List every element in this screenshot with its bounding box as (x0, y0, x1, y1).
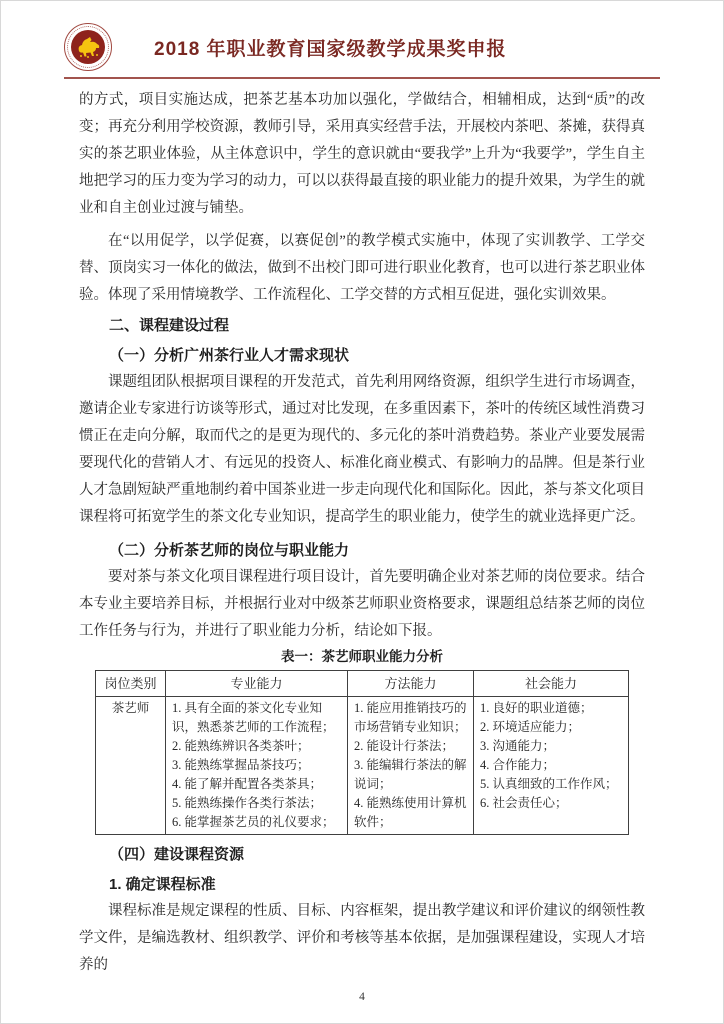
list-item: 3. 能熟练掌握品茶技巧； (172, 756, 341, 775)
list-item: 6. 能掌握茶艺员的礼仪要求； (172, 813, 341, 832)
list-item: 3. 能编辑行茶法的解说词； (354, 756, 467, 794)
ability-analysis-table: 岗位类别 专业能力 方法能力 社会能力 茶艺师 1. 具有全面的茶文化专业知识，… (95, 670, 629, 835)
page-number: 4 (1, 991, 723, 1003)
table-header-row: 岗位类别 专业能力 方法能力 社会能力 (96, 671, 629, 697)
document-title: 2018 年职业教育国家级教学成果奖申报 (154, 34, 507, 61)
page-header: 2018 年职业教育国家级教学成果奖申报 (64, 21, 660, 73)
heading-section-2: 二、课程建设过程 (79, 312, 645, 339)
col-header-professional: 专业能力 (166, 671, 348, 697)
list-item: 6. 社会责任心； (480, 794, 622, 813)
paragraph-post-ability: 要对茶与茶文化项目课程进行项目设计，首先要明确企业对茶艺师的岗位要求。结合本专业… (79, 564, 645, 645)
list-item: 1. 良好的职业道德； (480, 699, 622, 718)
seal-disc (71, 30, 105, 64)
list-item: 3. 沟通能力； (480, 737, 622, 756)
list-item: 2. 能设计行茶法； (354, 737, 467, 756)
paragraph-market-analysis: 课题组团队根据项目课程的开发范式，首先利用网络资源，组织学生进行市场调查，邀请企… (79, 369, 645, 531)
list-item: 2. 环境适应能力； (480, 718, 622, 737)
paragraph-continued: 的方式，项目实施达成，把茶艺基本功加以强化，学做结合，相辅相成，达到“质”的改变… (79, 87, 645, 222)
paragraph-teaching-mode: 在“以用促学，以学促赛，以赛促创”的教学模式实施中，体现了实训教学、工学交替、顶… (79, 228, 645, 309)
heading-sub-1: 1. 确定课程标准 (79, 871, 645, 898)
horse-icon (75, 36, 101, 58)
table-caption: 表一：茶艺师职业能力分析 (79, 645, 645, 669)
heading-2-1: （一）分析广州茶行业人才需求现状 (79, 342, 645, 369)
paragraph-course-standard: 课程标准是规定课程的性质、目标、内容框架，提出教学建议和评价建议的纲领性教学文件… (79, 898, 645, 979)
cell-method-abilities: 1. 能应用推销技巧的市场营销专业知识； 2. 能设计行茶法； 3. 能编辑行茶… (348, 697, 474, 835)
table-row: 茶艺师 1. 具有全面的茶文化专业知识，熟悉茶艺师的工作流程； 2. 能熟练辨识… (96, 697, 629, 835)
document-page: 2018 年职业教育国家级教学成果奖申报 的方式，项目实施达成，把茶艺基本功加以… (0, 0, 724, 1024)
col-header-method: 方法能力 (348, 671, 474, 697)
cell-professional-abilities: 1. 具有全面的茶文化专业知识，熟悉茶艺师的工作流程； 2. 能熟练辨识各类茶叶… (166, 697, 348, 835)
cell-social-abilities: 1. 良好的职业道德； 2. 环境适应能力； 3. 沟通能力； 4. 合作能力；… (474, 697, 629, 835)
col-header-social: 社会能力 (474, 671, 629, 697)
list-item: 2. 能熟练辨识各类茶叶； (172, 737, 341, 756)
col-header-post-type: 岗位类别 (96, 671, 166, 697)
list-item: 4. 能熟练使用计算机软件； (354, 794, 467, 832)
list-item: 1. 能应用推销技巧的市场营销专业知识； (354, 699, 467, 737)
list-item: 4. 合作能力； (480, 756, 622, 775)
list-item: 5. 能熟练操作各类行茶法； (172, 794, 341, 813)
list-item: 4. 能了解并配置各类茶具； (172, 775, 341, 794)
heading-2-4: （四）建设课程资源 (79, 841, 645, 868)
school-seal-logo (64, 23, 112, 71)
heading-2-2: （二）分析茶艺师的岗位与职业能力 (79, 537, 645, 564)
document-body: 的方式，项目实施达成，把茶艺基本功加以强化，学做结合，相辅相成，达到“质”的改变… (79, 87, 645, 979)
list-item: 1. 具有全面的茶文化专业知识，熟悉茶艺师的工作流程； (172, 699, 341, 737)
header-divider (64, 77, 660, 79)
list-item: 5. 认真细致的工作作风； (480, 775, 622, 794)
cell-role: 茶艺师 (96, 697, 166, 835)
